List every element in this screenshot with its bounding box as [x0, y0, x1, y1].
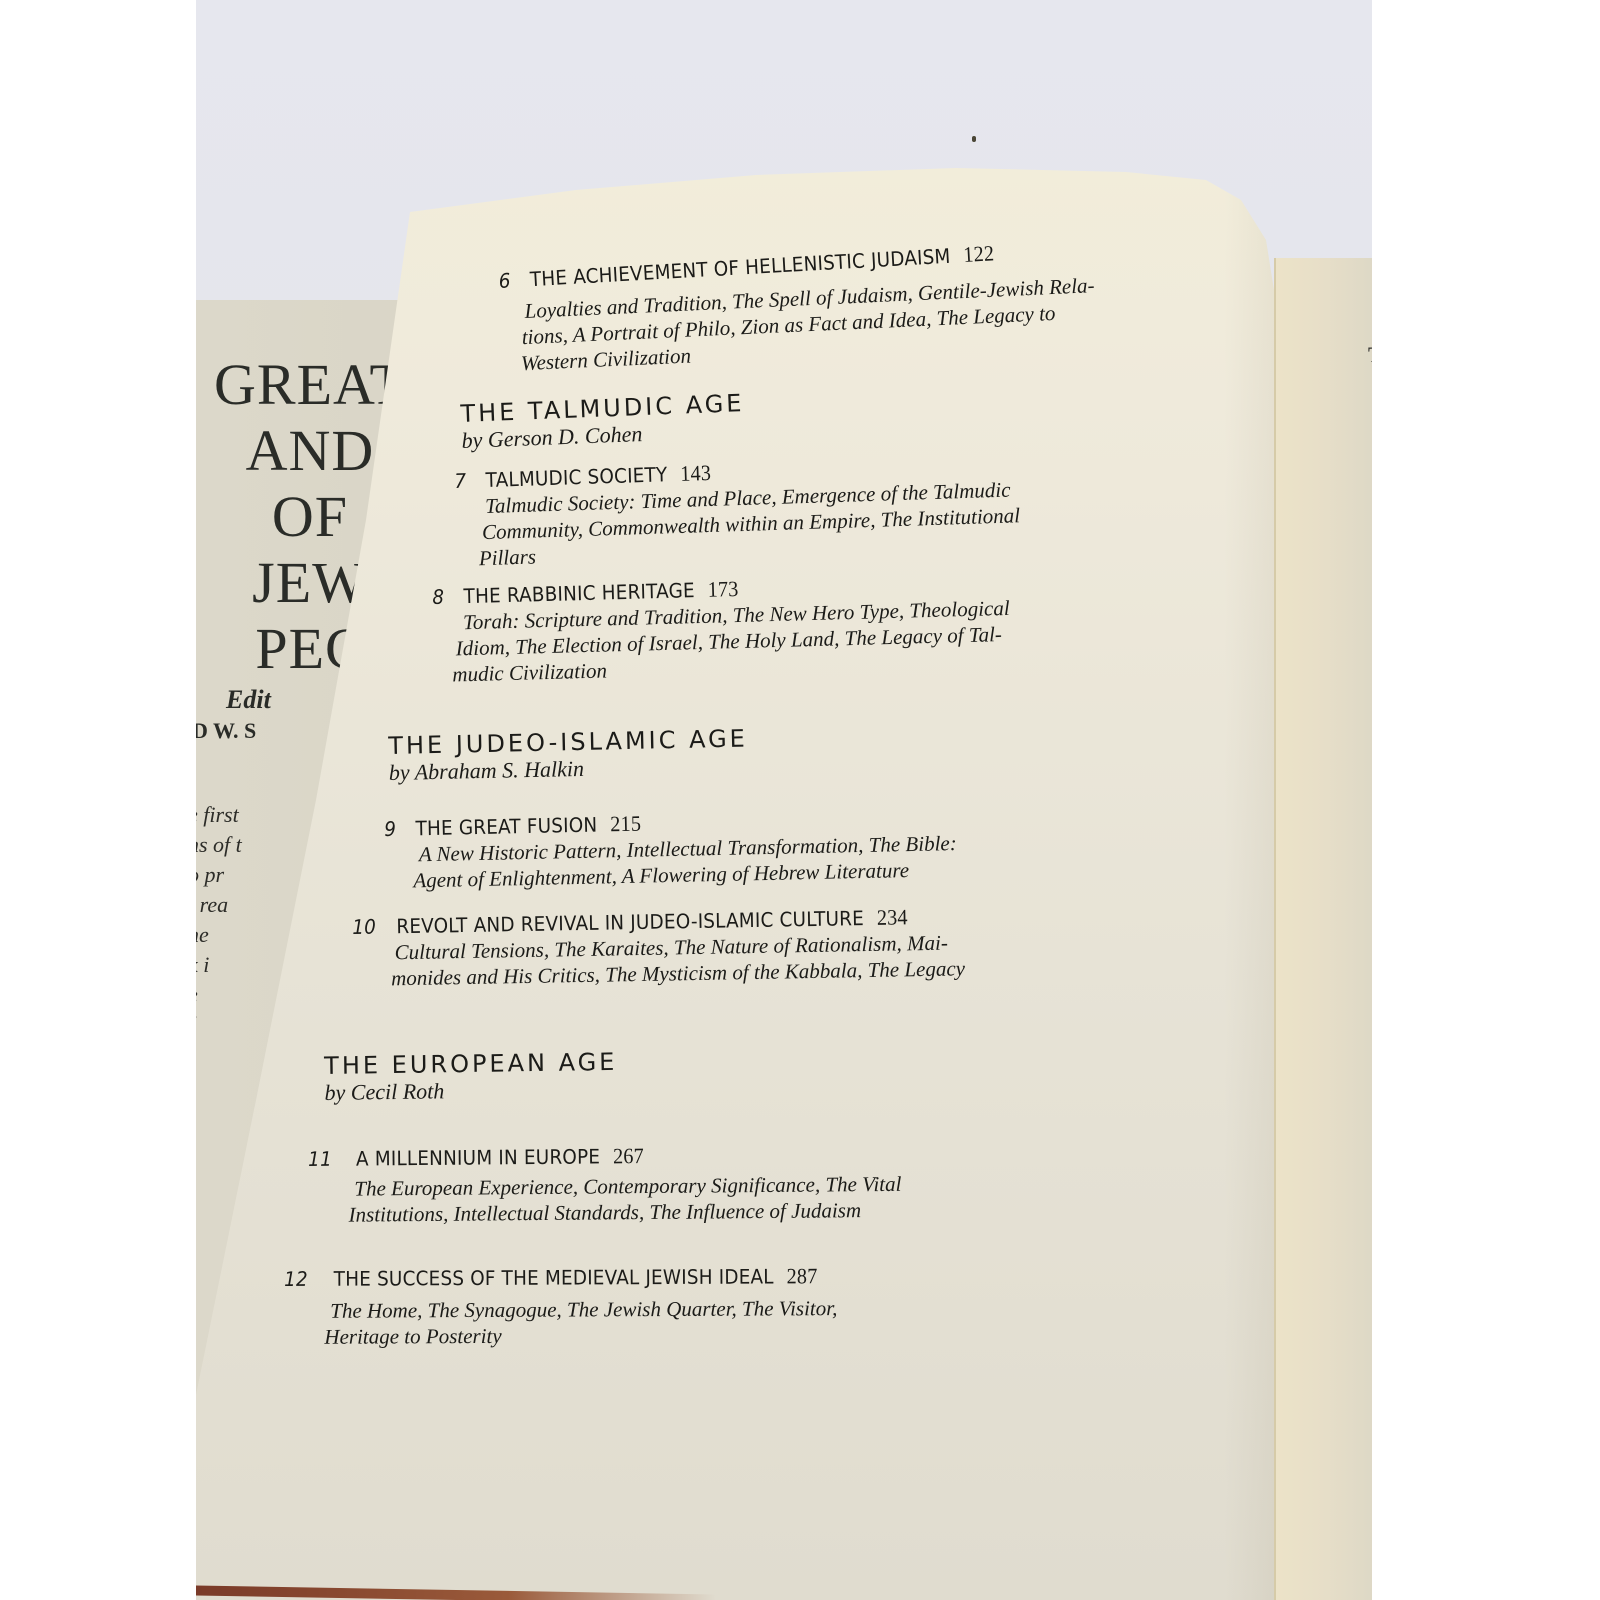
age-section-talmudic: THE TALMUDIC AGE by Gerson D. Cohen — [460, 389, 746, 454]
chapter-page-number: 143 — [680, 460, 712, 486]
chapter-description-line: Heritage to Posterity — [324, 1321, 864, 1350]
toc-chapter-10: 10REVOLT AND REVIVAL IN JUDEO-ISLAMIC CU… — [352, 903, 965, 992]
chapter-page-number: 287 — [787, 1263, 818, 1288]
chapter-description-line: Institutions, Intellectual Standards, Th… — [348, 1197, 901, 1228]
toc-chapter-12: 12THE SUCCESS OF THE MEDIEVAL JEWISH IDE… — [284, 1263, 864, 1350]
chapter-number: 7 — [454, 468, 486, 493]
chapter-page-number: 234 — [877, 904, 908, 930]
toc-chapter-8: 8THE RABBINIC HERITAGE173 Torah: Scriptu… — [432, 569, 1011, 688]
age-title: THE EUROPEAN AGE — [324, 1048, 618, 1080]
age-section-european: THE EUROPEAN AGE by Cecil Roth — [324, 1048, 618, 1106]
chapter-title: THE RABBINIC HERITAGE — [463, 578, 695, 608]
book-photo: GREAT AND OF JEW PEC Edit D W. S e first… — [196, 0, 1372, 1600]
chapter-heading: 11A MILLENNIUM IN EUROPE267 — [308, 1141, 854, 1172]
chapter-heading: 12THE SUCCESS OF THE MEDIEVAL JEWISH IDE… — [284, 1263, 818, 1292]
chapter-page-number: 122 — [963, 240, 995, 267]
chapter-page-number: 173 — [707, 576, 739, 602]
chapter-number: 10 — [352, 914, 397, 939]
chapter-number: 12 — [284, 1267, 334, 1291]
chapter-number: 11 — [308, 1147, 356, 1171]
toc-chapter-7: 7TALMUDIC SOCIETY143 Talmudic Society: T… — [454, 450, 1021, 572]
chapter-title: A MILLENNIUM IN EUROPE — [356, 1144, 600, 1170]
chapter-title: THE SUCCESS OF THE MEDIEVAL JEWISH IDEAL — [334, 1264, 774, 1290]
chapter-number: 8 — [432, 584, 464, 609]
age-section-judeo-islamic: THE JUDEO-ISLAMIC AGE by Abraham S. Halk… — [388, 724, 749, 786]
chapter-title: THE GREAT FUSION — [415, 813, 597, 841]
chapter-number: 6 — [498, 267, 531, 293]
chapter-page-number: 215 — [610, 811, 641, 837]
toc-chapter-9: 9THE GREAT FUSION215 A New Historic Patt… — [384, 804, 958, 894]
chapter-description-line: The Home, The Synagogue, The Jewish Quar… — [330, 1295, 864, 1324]
toc-chapter-11: 11A MILLENNIUM IN EUROPE267 The European… — [308, 1141, 902, 1228]
age-author: by Cecil Roth — [324, 1076, 618, 1106]
chapter-title: TALMUDIC SOCIETY — [485, 462, 667, 492]
chapter-number: 9 — [384, 816, 416, 841]
table-of-contents: 6THE ACHIEVEMENT OF HELLENISTIC JUDAISM1… — [196, 0, 1372, 1600]
chapter-page-number: 267 — [613, 1143, 644, 1168]
